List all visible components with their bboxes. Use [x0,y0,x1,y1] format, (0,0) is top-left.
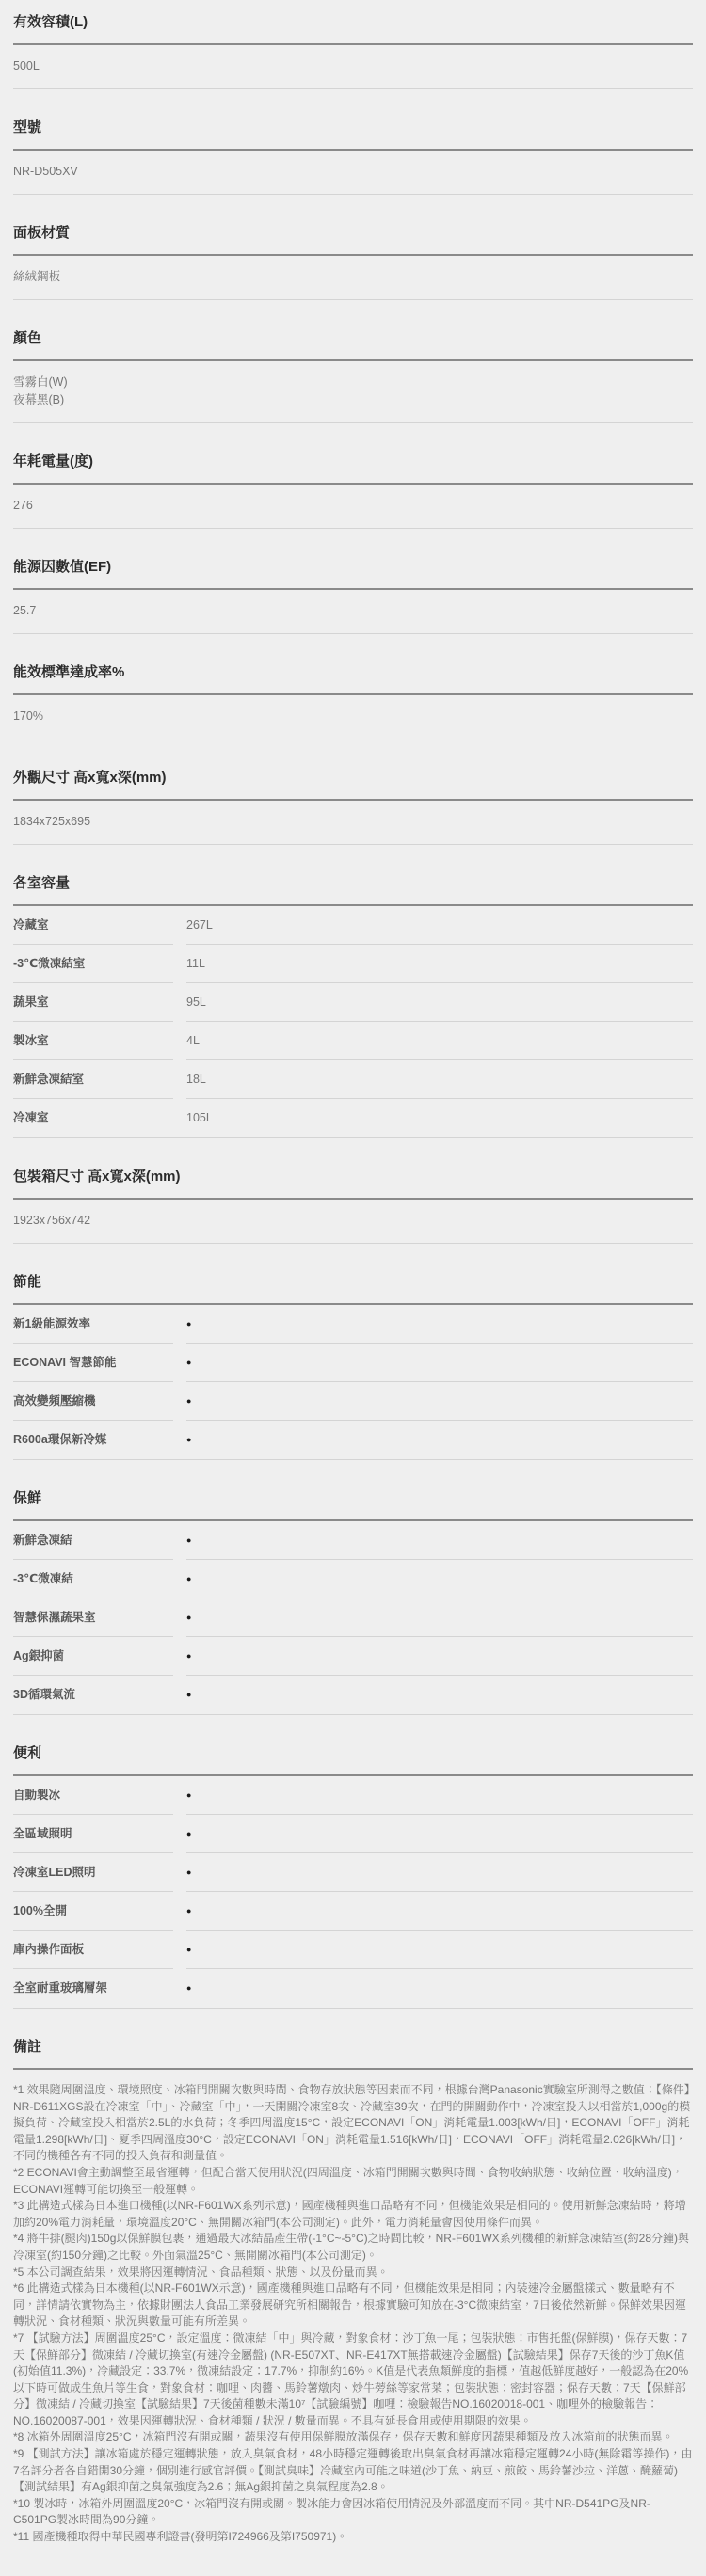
section-values: 276 [13,485,693,528]
section-effective-capacity: 有效容積(L) 500L [13,0,693,89]
spec-row: 新1級能源效率 ● [13,1305,693,1344]
row-label: 高效變頻壓縮機 [13,1382,173,1421]
row-label: 冷藏室 [13,906,173,945]
column-gap [173,1637,186,1676]
spec-value: 夜幕黑(B) [13,391,693,409]
section-title: 年耗電量(度) [13,423,693,483]
spec-value: 25.7 [13,602,693,620]
section-title: 面板材質 [13,195,693,254]
spec-row: 智慧保濕蔬果室 ● [13,1598,693,1637]
section-title: 外觀尺寸 高x寬x深(mm) [13,739,693,799]
spec-value: 1923x756x742 [13,1212,693,1230]
row-value: 4L [186,1022,693,1060]
feature-bullet-icon: ● [186,1815,693,1853]
feature-bullet-icon: ● [186,1382,693,1421]
note-item: *7 【試驗方法】周圍溫度25°C，設定溫度：微凍結「中」與冷藏，對象食材：沙丁… [13,2330,693,2430]
section-values: 500L [13,45,693,88]
section-title: 各室容量 [13,845,693,904]
row-value: 11L [186,945,693,983]
row-label: 全室耐重玻璃層架 [13,1969,173,2008]
spec-row: 冷凍室LED照明 ● [13,1853,693,1892]
column-gap [173,983,186,1022]
row-label: 蔬果室 [13,983,173,1022]
section-external-dimensions: 外觀尺寸 高x寬x深(mm) 1834x725x695 [13,739,693,845]
column-gap [173,1892,186,1931]
column-gap [173,1676,186,1714]
section-packing-dimensions: 包裝箱尺寸 高x寬x深(mm) 1923x756x742 [13,1138,693,1244]
spec-row: 新鮮急凍結室 18L [13,1060,693,1099]
feature-bullet-icon: ● [186,1892,693,1931]
feature-bullet-icon: ● [186,1598,693,1637]
note-item: *1 效果隨周圍溫度、環境照度、冰箱門開關次數與時間、食物存放狀態等因素而不同，… [13,2082,693,2165]
note-item: *5 本公司調查結果，效果將因運轉情況、食品種類、狀態、以及份量而異。 [13,2265,693,2282]
spec-value: 170% [13,708,693,725]
feature-bullet-icon: ● [186,1637,693,1676]
feature-bullet-icon: ● [186,1421,693,1459]
feature-bullet-icon: ● [186,1344,693,1382]
spec-row: 冷藏室 267L [13,906,693,945]
section-values: 雪霧白(W) 夜幕黑(B) [13,361,693,422]
note-item: *4 將牛排(腿肉)150g以保鮮膜包裹，通過最大冰結晶產生帶(-1°C~-5°… [13,2231,693,2264]
section-title: 型號 [13,89,693,149]
spec-row: R600a環保新冷媒 ● [13,1421,693,1459]
column-gap [173,945,186,983]
section-energy-factor: 能源因數值(EF) 25.7 [13,529,693,634]
row-label: 新鮮急凍結室 [13,1060,173,1099]
row-label: Ag銀抑菌 [13,1637,173,1676]
section-title: 能源因數值(EF) [13,529,693,588]
spec-value: 500L [13,57,693,75]
note-item: *9 【測試方法】讓冰箱處於穩定運轉狀態，放入臭氣食材，48小時穩定運轉後取出臭… [13,2446,693,2496]
remarks-body: *1 效果隨周圍溫度、環境照度、冰箱門開關次數與時間、食物存放狀態等因素而不同，… [13,2070,693,2552]
section-title: 有效容積(L) [13,0,693,43]
section-model-number: 型號 NR-D505XV [13,89,693,195]
column-gap [173,1776,186,1815]
section-values: 1923x756x742 [13,1200,693,1243]
column-gap [173,1060,186,1099]
feature-bullet-icon: ● [186,1305,693,1344]
feature-bullet-icon: ● [186,1560,693,1598]
section-values: 25.7 [13,590,693,633]
section-values: 1834x725x695 [13,801,693,844]
column-gap [173,1598,186,1637]
row-label: -3℃微凍結室 [13,945,173,983]
note-item: *11 國產機種取得中華民國專利證書(發明第I724966及第I750971)。 [13,2529,693,2546]
column-gap [173,1560,186,1598]
spec-sheet: 有效容積(L) 500L 型號 NR-D505XV 面板材質 絲絨鋼板 顏色 雪… [0,0,706,2576]
section-title: 包裝箱尺寸 高x寬x深(mm) [13,1138,693,1198]
section-panel-material: 面板材質 絲絨鋼板 [13,195,693,300]
section-freshness-features: 保鮮 新鮮急凍結 ● -3℃微凍結 ● 智慧保濕蔬果室 ● Ag銀抑菌 ● 3D… [13,1460,693,1715]
spec-row: 高效變頻壓縮機 ● [13,1382,693,1421]
section-energy-saving-features: 節能 新1級能源效率 ● ECONAVI 智慧節能 ● 高效變頻壓縮機 ● R6… [13,1244,693,1460]
row-label: 100%全開 [13,1892,173,1931]
section-title: 節能 [13,1244,693,1303]
row-label: 冷凍室LED照明 [13,1853,173,1892]
column-gap [173,1421,186,1459]
row-label: R600a環保新冷媒 [13,1421,173,1459]
column-gap [173,1521,186,1560]
section-convenience-features: 便利 自動製冰 ● 全區域照明 ● 冷凍室LED照明 ● 100%全開 ● 庫內… [13,1715,693,2009]
feature-bullet-icon: ● [186,1776,693,1815]
section-annual-power-consumption: 年耗電量(度) 276 [13,423,693,529]
spec-row: 庫內操作面板 ● [13,1931,693,1969]
column-gap [173,906,186,945]
spec-row: Ag銀抑菌 ● [13,1637,693,1676]
note-item: *6 此構造式樣為日本機種(以NR-F601WX示意)，國產機種與進口品略有不同… [13,2281,693,2330]
spec-row: 自動製冰 ● [13,1776,693,1815]
feature-bullet-icon: ● [186,1853,693,1892]
row-label: -3℃微凍結 [13,1560,173,1598]
spec-value: NR-D505XV [13,163,693,181]
spec-row: 全區域照明 ● [13,1815,693,1853]
row-label: 全區域照明 [13,1815,173,1853]
section-title: 能效標準達成率% [13,634,693,693]
spec-value: 雪霧白(W) [13,374,693,391]
section-values: NR-D505XV [13,151,693,194]
spec-row: -3℃微凍結室 11L [13,945,693,983]
row-value: 105L [186,1099,693,1137]
spec-row: 冷凍室 105L [13,1099,693,1137]
column-gap [173,1853,186,1892]
row-label: 製冰室 [13,1022,173,1060]
row-label: 3D循環氣流 [13,1676,173,1714]
spec-value: 絲絨鋼板 [13,268,693,286]
column-gap [173,1305,186,1344]
section-compartment-capacity: 各室容量 冷藏室 267L -3℃微凍結室 11L 蔬果室 95L 製冰室 4L… [13,845,693,1138]
section-title: 保鮮 [13,1460,693,1519]
note-item: *10 製冰時，冰箱外周圍溫度20°C，冰箱門沒有開或關。製冰能力會因冰箱使用情… [13,2496,693,2529]
column-gap [173,1022,186,1060]
row-value: 267L [186,906,693,945]
spec-row: ECONAVI 智慧節能 ● [13,1344,693,1382]
column-gap [173,1382,186,1421]
feature-bullet-icon: ● [186,1521,693,1560]
row-label: 冷凍室 [13,1099,173,1137]
feature-bullet-icon: ● [186,1969,693,2008]
spec-row: 新鮮急凍結 ● [13,1521,693,1560]
section-values: 170% [13,695,693,739]
row-label: 自動製冰 [13,1776,173,1815]
row-label: ECONAVI 智慧節能 [13,1344,173,1382]
spec-row: 全室耐重玻璃層架 ● [13,1969,693,2008]
section-title: 備註 [13,2009,693,2068]
spec-value: 276 [13,497,693,515]
feature-bullet-icon: ● [186,1676,693,1714]
spec-row: 製冰室 4L [13,1022,693,1060]
note-item: *3 此構造式樣為日本進口機種(以NR-F601WX系列示意)，國產機種與進口品… [13,2198,693,2231]
spec-row: 蔬果室 95L [13,983,693,1022]
section-efficiency-achievement-rate: 能效標準達成率% 170% [13,634,693,739]
column-gap [173,1815,186,1853]
spec-row: -3℃微凍結 ● [13,1560,693,1598]
row-value: 95L [186,983,693,1022]
section-title: 顏色 [13,300,693,359]
section-title: 便利 [13,1715,693,1774]
column-gap [173,1344,186,1382]
section-values: 絲絨鋼板 [13,256,693,299]
column-gap [173,1931,186,1969]
section-color: 顏色 雪霧白(W) 夜幕黑(B) [13,300,693,423]
row-label: 新1級能源效率 [13,1305,173,1344]
note-item: *8 冰箱外周圍溫度25°C，冰箱門沒有開或關，蔬果沒有使用保鮮膜放滿保存，保存… [13,2429,693,2446]
spec-row: 3D循環氣流 ● [13,1676,693,1714]
row-label: 智慧保濕蔬果室 [13,1598,173,1637]
row-value: 18L [186,1060,693,1099]
row-label: 新鮮急凍結 [13,1521,173,1560]
row-label: 庫內操作面板 [13,1931,173,1969]
spec-value: 1834x725x695 [13,813,693,831]
section-remarks: 備註 *1 效果隨周圍溫度、環境照度、冰箱門開關次數與時間、食物存放狀態等因素而… [13,2009,693,2552]
spec-row: 100%全開 ● [13,1892,693,1931]
note-item: *2 ECONAVI會主動調整至最省運轉，但配合當天使用狀況(四周溫度、冰箱門開… [13,2165,693,2198]
column-gap [173,1969,186,2008]
feature-bullet-icon: ● [186,1931,693,1969]
column-gap [173,1099,186,1137]
